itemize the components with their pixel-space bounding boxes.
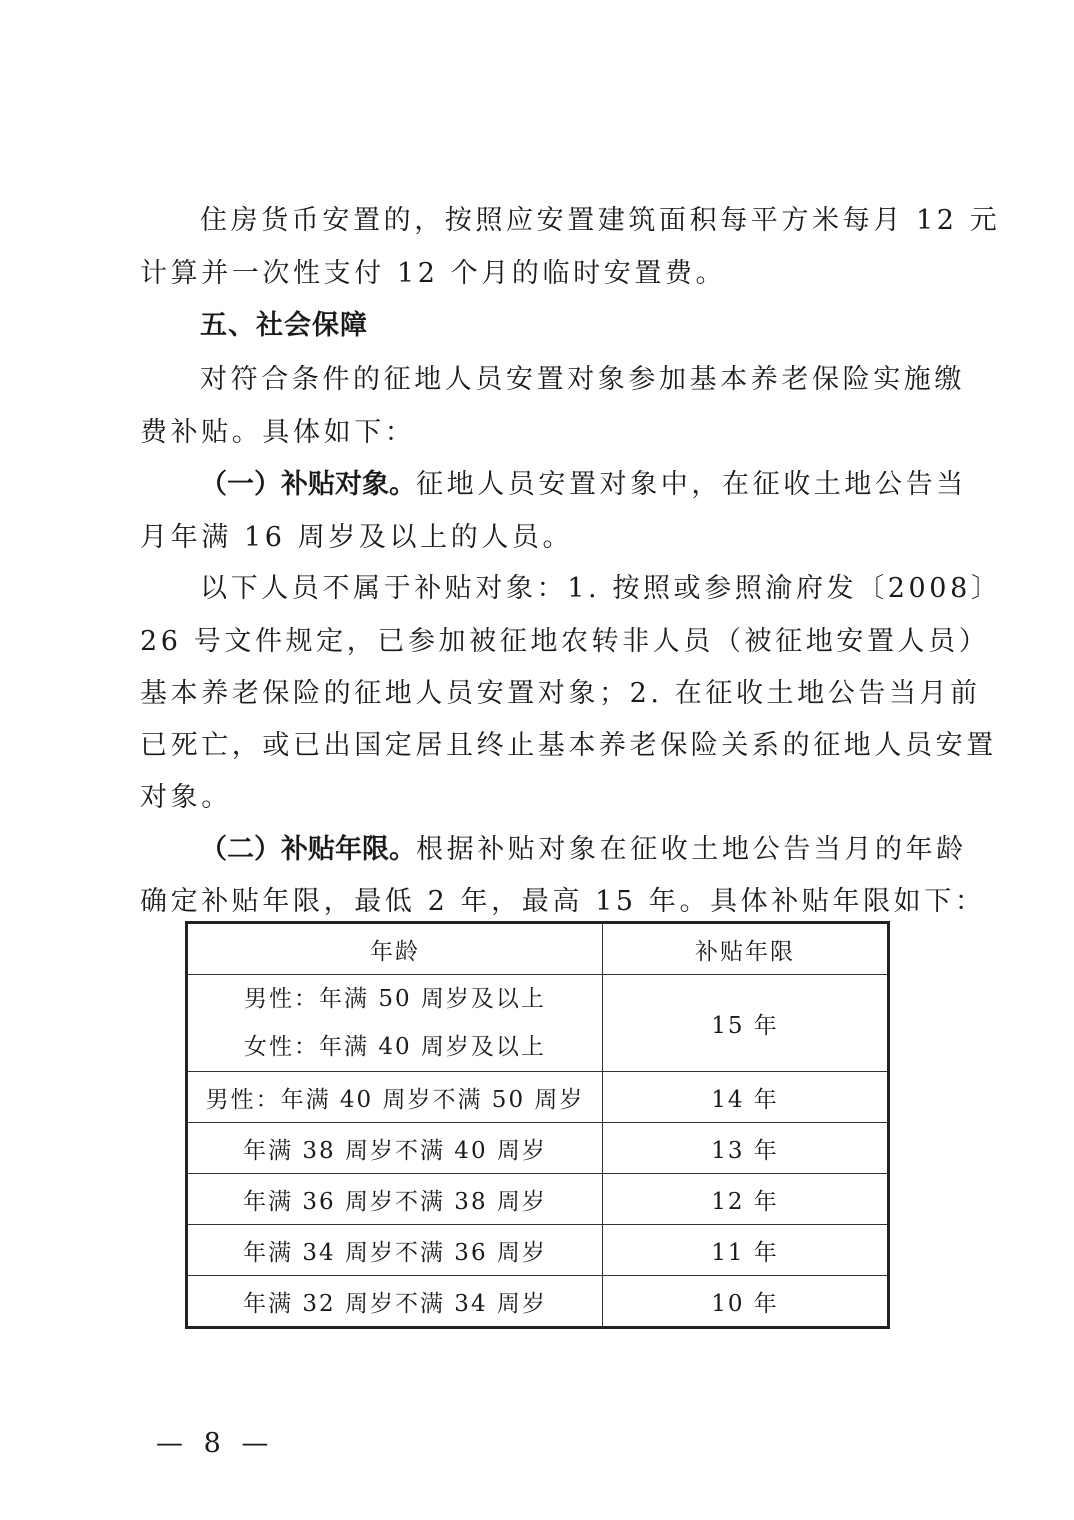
paragraph-line: 计算并一次性支付 12 个月的临时安置费。	[140, 256, 940, 292]
years-cell: 12 年	[603, 1174, 889, 1225]
years-cell: 10 年	[603, 1276, 889, 1328]
section-heading: 五、社会保障	[200, 308, 940, 344]
age-cell: 男性：年满 40 周岁不满 50 周岁	[187, 1072, 603, 1123]
item-1-line: （一）补贴对象。征地人员安置对象中，在征收土地公告当	[200, 467, 940, 503]
age-cell: 年满 36 周岁不满 38 周岁	[187, 1174, 603, 1225]
table-row: 年满 34 周岁不满 36 周岁 11 年	[187, 1225, 889, 1276]
age-line: 女性：年满 40 周岁及以上	[188, 1023, 602, 1071]
years-cell: 11 年	[603, 1225, 889, 1276]
paragraph-line: 基本养老保险的征地人员安置对象；2. 在征收土地公告当月前	[140, 676, 940, 712]
paragraph-line: 对象。	[140, 780, 940, 816]
header-years: 补贴年限	[603, 923, 889, 975]
years-cell: 14 年	[603, 1072, 889, 1123]
table-row: 年满 36 周岁不满 38 周岁 12 年	[187, 1174, 889, 1225]
item-1-label: （一）补贴对象。	[200, 469, 416, 500]
item-2-label: （二）补贴年限。	[200, 834, 416, 865]
paragraph-line: 26 号文件规定，已参加被征地农转非人员（被征地安置人员）	[140, 624, 940, 660]
age-line: 男性：年满 50 周岁及以上	[188, 975, 602, 1023]
header-age: 年龄	[187, 923, 603, 975]
paragraph-line: 已死亡，或已出国定居且终止基本养老保险关系的征地人员安置	[140, 728, 940, 764]
item-1-text: 征地人员安置对象中，在征收土地公告当	[416, 469, 967, 500]
page-number: — 8 —	[156, 1428, 274, 1459]
item-2-text: 根据补贴对象在征收土地公告当月的年龄	[416, 834, 967, 865]
table-header-row: 年龄 补贴年限	[187, 923, 889, 975]
paragraph-line: 费补贴。具体如下：	[140, 415, 940, 451]
paragraph-line: 对符合条件的征地人员安置对象参加基本养老保险实施缴	[200, 362, 940, 398]
subsidy-years-table: 年龄 补贴年限 男性：年满 50 周岁及以上 女性：年满 40 周岁及以上 15…	[185, 921, 890, 1329]
paragraph-line: 以下人员不属于补贴对象：1. 按照或参照渝府发〔2008〕	[200, 571, 940, 607]
table-row: 男性：年满 50 周岁及以上 女性：年满 40 周岁及以上 15 年	[187, 975, 889, 1072]
years-cell: 13 年	[603, 1123, 889, 1174]
paragraph-line: 月年满 16 周岁及以上的人员。	[140, 520, 940, 556]
table-row: 男性：年满 40 周岁不满 50 周岁 14 年	[187, 1072, 889, 1123]
item-2-line: （二）补贴年限。根据补贴对象在征收土地公告当月的年龄	[200, 832, 940, 868]
age-cell: 年满 32 周岁不满 34 周岁	[187, 1276, 603, 1328]
table-row: 年满 32 周岁不满 34 周岁 10 年	[187, 1276, 889, 1328]
age-cell: 男性：年满 50 周岁及以上 女性：年满 40 周岁及以上	[187, 975, 603, 1072]
age-cell: 年满 38 周岁不满 40 周岁	[187, 1123, 603, 1174]
paragraph-line: 住房货币安置的，按照应安置建筑面积每平方米每月 12 元	[200, 203, 940, 239]
age-cell: 年满 34 周岁不满 36 周岁	[187, 1225, 603, 1276]
table-row: 年满 38 周岁不满 40 周岁 13 年	[187, 1123, 889, 1174]
paragraph-line: 确定补贴年限，最低 2 年，最高 15 年。具体补贴年限如下：	[140, 884, 940, 920]
years-cell: 15 年	[603, 975, 889, 1072]
